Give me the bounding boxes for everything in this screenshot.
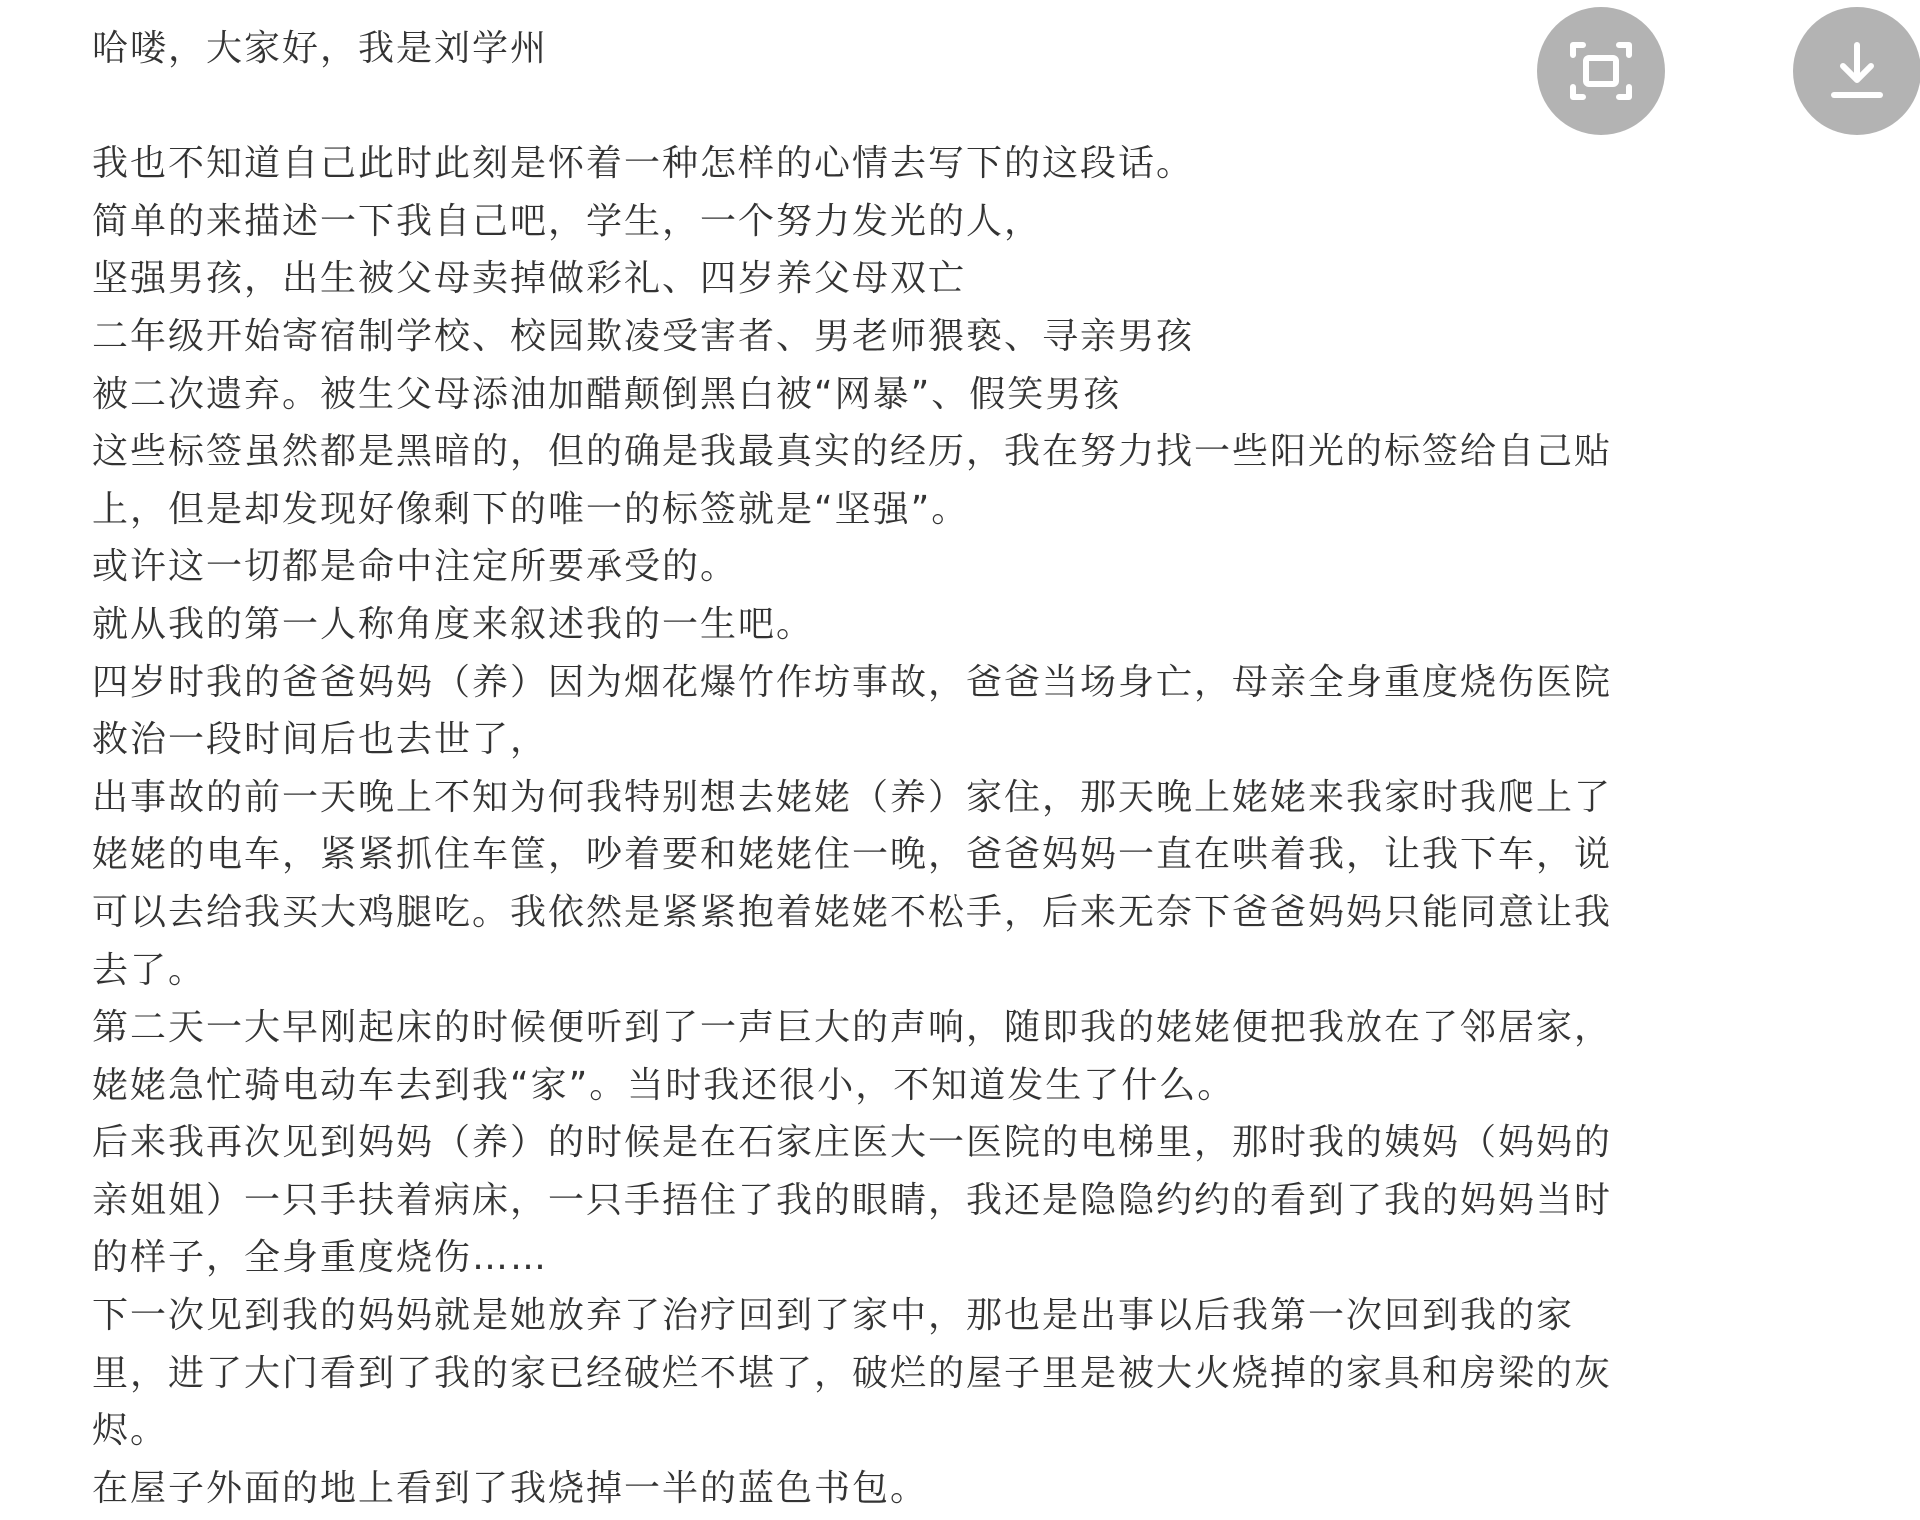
- text-line: 下一次见到我的妈妈就是她放弃了治疗回到了家中，那也是出事以后我第一次回到我的家: [92, 1287, 1652, 1345]
- text-line: 后来我再次见到妈妈（养）的时候是在石家庄医大一医院的电梯里，那时我的姨妈（妈妈的: [92, 1114, 1652, 1172]
- text-line: 里，进了大门看到了我的家已经破烂不堪了，破烂的屋子里是被大火烧掉的家具和房梁的灰: [92, 1345, 1652, 1403]
- download-button[interactable]: [1793, 7, 1920, 135]
- text-line: 第二天一大早刚起床的时候便听到了一声巨大的声响，随即我的姥姥便把我放在了邻居家，: [92, 999, 1652, 1057]
- text-line: 在屋子外面的地上看到了我烧掉一半的蓝色书包。: [92, 1460, 1652, 1518]
- text-line: 被二次遗弃。被生父母添油加醋颠倒黑白被“网暴”、假笑男孩: [92, 366, 1652, 424]
- text-line: 上，但是却发现好像剩下的唯一的标签就是“坚强”。: [92, 481, 1652, 539]
- text-line: 这些标签虽然都是黑暗的，但的确是我最真实的经历，我在努力找一些阳光的标签给自己贴: [92, 423, 1652, 481]
- article-text: 哈喽，大家好，我是刘学州 我也不知道自己此时此刻是怀着一种怎样的心情去写下的这段…: [92, 20, 1652, 1517]
- text-line: 二年级开始寄宿制学校、校园欺凌受害者、男老师猥亵、寻亲男孩: [92, 308, 1652, 366]
- text-line-blank: [92, 78, 1652, 136]
- text-line: 可以去给我买大鸡腿吃。我依然是紧紧抱着姥姥不松手，后来无奈下爸爸妈妈只能同意让我: [92, 884, 1652, 942]
- text-line: 就从我的第一人称角度来叙述我的一生吧。: [92, 596, 1652, 654]
- text-line: 四岁时我的爸爸妈妈（养）因为烟花爆竹作坊事故，爸爸当场身亡，母亲全身重度烧伤医院: [92, 654, 1652, 712]
- text-line: 姥姥的电车，紧紧抓住车筐，吵着要和姥姥住一晚，爸爸妈妈一直在哄着我，让我下车，说: [92, 826, 1652, 884]
- fullscreen-icon: [1567, 37, 1635, 105]
- text-line: 去了。: [92, 942, 1652, 1000]
- text-line: 或许这一切都是命中注定所要承受的。: [92, 538, 1652, 596]
- text-line: 简单的来描述一下我自己吧，学生，一个努力发光的人，: [92, 193, 1652, 251]
- text-line: 亲姐姐）一只手扶着病床，一只手捂住了我的眼睛，我还是隐隐约约的看到了我的妈妈当时: [92, 1172, 1652, 1230]
- text-line: 的样子，全身重度烧伤……: [92, 1229, 1652, 1287]
- text-line: 坚强男孩，出生被父母卖掉做彩礼、四岁养父母双亡: [92, 250, 1652, 308]
- text-line: 出事故的前一天晚上不知为何我特别想去姥姥（养）家住，那天晚上姥姥来我家时我爬上了: [92, 769, 1652, 827]
- download-icon: [1823, 37, 1891, 105]
- fullscreen-button[interactable]: [1537, 7, 1665, 135]
- text-line: 烬。: [92, 1402, 1652, 1460]
- text-line: 救治一段时间后也去世了，: [92, 711, 1652, 769]
- text-line: 姥姥急忙骑电动车去到我“家”。当时我还很小，不知道发生了什么。: [92, 1057, 1652, 1115]
- text-line: 哈喽，大家好，我是刘学州: [92, 20, 1652, 78]
- text-line: 我也不知道自己此时此刻是怀着一种怎样的心情去写下的这段话。: [92, 135, 1652, 193]
